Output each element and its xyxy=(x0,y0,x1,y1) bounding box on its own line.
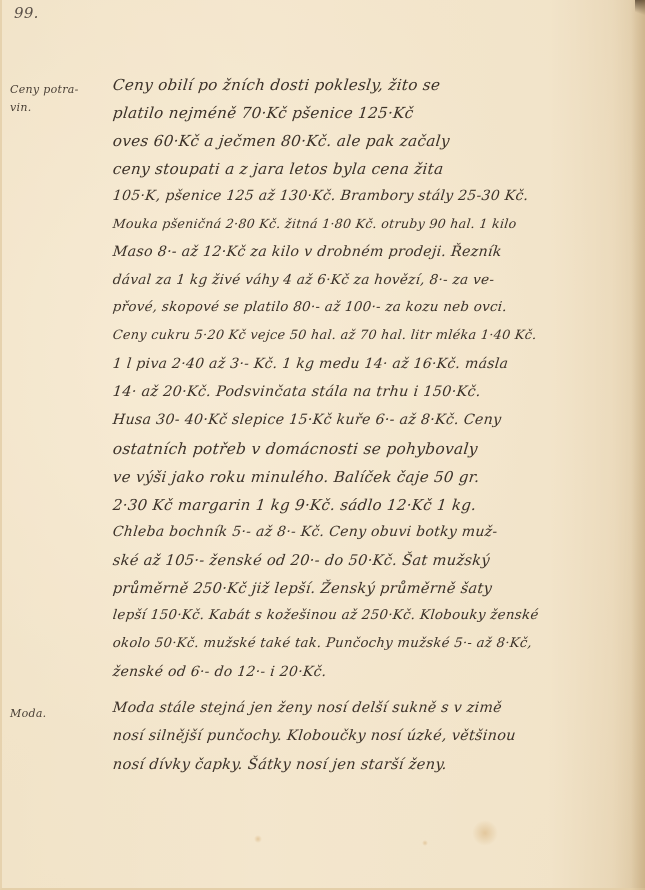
text-line: ostatních potřeb v domácnosti se pohybov… xyxy=(112,440,479,458)
text-line: Ceny cukru 5·20 Kč vejce 50 hal. až 70 h… xyxy=(112,328,537,343)
text-line: oves 60·Kč a ječmen 80·Kč. ale pak začal… xyxy=(112,132,451,150)
text-line: Chleba bochník 5·- až 8·- Kč. Ceny obuvi… xyxy=(112,524,498,540)
text-line: ve výši jako roku minulého. Balíček čaje… xyxy=(112,468,481,486)
paper-stain xyxy=(254,835,262,843)
text-line: přové, skopové se platilo 80·- až 100·- … xyxy=(112,300,508,315)
text-line: dával za 1 kg živé váhy 4 až 6·Kč za hov… xyxy=(112,272,495,288)
text-line: ceny stoupati a z jara letos byla cena ž… xyxy=(112,160,444,178)
text-line: ské až 105·- ženské od 20·- do 50·Kč. Ša… xyxy=(112,552,491,569)
text-line: Moda stále stejná jen ženy nosí delší su… xyxy=(112,700,503,716)
text-line: platilo nejméně 70·Kč pšenice 125·Kč xyxy=(112,104,415,122)
text-line: Ceny obilí po žních dosti poklesly, žito… xyxy=(112,76,441,94)
text-line: nosí silnější punčochy. Kloboučky nosí ú… xyxy=(112,728,517,744)
margin-note-fashion: Moda. xyxy=(10,706,46,721)
text-line: 14· až 20·Kč. Podsvinčata stála na trhu … xyxy=(112,384,482,400)
margin-note-prices-2: vin. xyxy=(10,100,32,115)
chronicle-page: 99. Ceny potra- vin. Ceny obilí po žních… xyxy=(0,0,645,890)
paper-stain xyxy=(422,840,428,846)
text-line: nosí dívky čapky. Šátky nosí jen starší … xyxy=(112,756,448,773)
text-line: lepší 150·Kč. Kabát s kožešinou až 250·K… xyxy=(112,608,539,623)
text-line: 2·30 Kč margarin 1 kg 9·Kč. sádlo 12·Kč … xyxy=(112,496,477,514)
text-line: Husa 30- 40·Kč slepice 15·Kč kuře 6·- až… xyxy=(112,412,502,428)
text-line: Mouka pšeničná 2·80 Kč. žitná 1·80 Kč. o… xyxy=(112,216,517,231)
text-line: Maso 8·- až 12·Kč za kilo v drobném prod… xyxy=(112,244,503,260)
page-number: 99. xyxy=(14,4,39,22)
paper-stain xyxy=(472,820,498,846)
margin-note-prices-1: Ceny potra- xyxy=(10,82,79,97)
page-binding-edge xyxy=(631,0,645,890)
text-line: 1 l piva 2·40 až 3·- Kč. 1 kg medu 14· a… xyxy=(112,356,509,372)
text-line: ženské od 6·- do 12·- i 20·Kč. xyxy=(112,664,327,680)
text-line: průměrně 250·Kč již lepší. Ženský průměr… xyxy=(112,580,493,597)
text-line: 105·K, pšenice 125 až 130·Kč. Brambory s… xyxy=(112,188,529,204)
text-line: okolo 50·Kč. mužské také tak. Punčochy m… xyxy=(112,636,533,651)
